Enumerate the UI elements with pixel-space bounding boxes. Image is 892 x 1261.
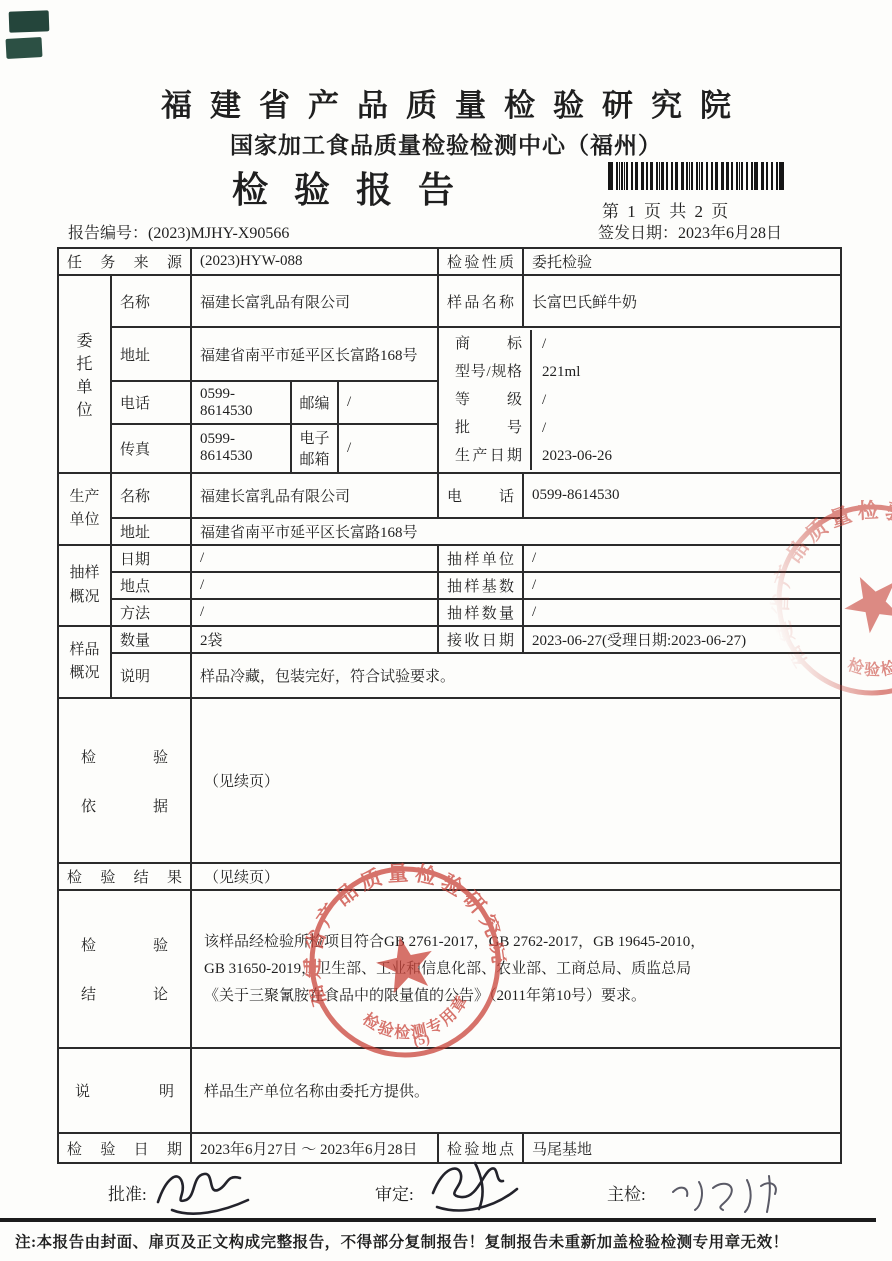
review-label: 审定:: [375, 1180, 414, 1205]
zip-label: 邮编: [291, 381, 338, 424]
sample-note-value: 样品冷藏，包装完好，符合试验要求。: [191, 653, 841, 698]
sample-name-label: 样品名称: [438, 275, 523, 327]
seal-bottom-text: 检验检测专用章: [839, 607, 892, 698]
fax-label: 传真: [111, 424, 191, 473]
client-char: 位: [76, 397, 92, 420]
conclusion-label: 检验 结论: [58, 890, 191, 1048]
qty-value: 2袋: [191, 626, 438, 653]
conclusion-value: 该样品经检验所检项目符合GB 2761-2017，GB 2762-2017，GB…: [191, 890, 841, 1048]
table-row: 抽样 概况 日期 / 抽样单位 /: [58, 545, 841, 572]
sampling-base-label: 抽样基数: [438, 572, 523, 599]
sample-label-line: 概况: [67, 662, 102, 685]
basis-value: （见续页）: [191, 698, 841, 863]
producer-tel-label: 电话: [438, 473, 523, 518]
sample-group-label: 样品 概况: [58, 626, 111, 698]
prod-date-label: 生产日期: [447, 442, 532, 470]
client-group-label: 委 托 单 位: [58, 275, 111, 473]
test-date-value: 2023年6月27日 ～ 2023年6月28日: [191, 1133, 438, 1163]
basis-label-line: 依据: [81, 795, 168, 816]
producer-group-label: 生产 单位: [58, 473, 111, 545]
client-char: 单: [76, 374, 92, 397]
table-row: 任务来源 (2023)HYW-088 检验性质 委托检验: [58, 248, 841, 275]
task-source-value: (2023)HYW-088: [191, 248, 438, 275]
report-number: 报告编号：(2023)MJHY-X90566: [68, 220, 289, 243]
report-table: 任务来源 (2023)HYW-088 检验性质 委托检验 委 托 单 位 名称 …: [57, 247, 842, 1164]
producer-name-label: 名称: [111, 473, 191, 518]
sampling-group-label: 抽样 概况: [58, 545, 111, 626]
conclusion-line: 《关于三聚氰胺在食品中的限量值的公告》（2011年第10号）要求。: [204, 983, 832, 1010]
footer-note: 注:本报告由封面、扉页及正文构成完整报告，不得部分复制报告！复制报告未重新加盖检…: [15, 1230, 789, 1252]
sampling-qty-value: /: [523, 599, 841, 626]
report-page: 福建省产品质量检验研究院 国家加工食品质量检验检测中心（福州） 检验报告 第 1…: [0, 0, 892, 1261]
table-row: 样品 概况 数量 2袋 接收日期 2023-06-27(受理日期:2023-06…: [58, 626, 841, 653]
result-label: 检验结果: [58, 863, 191, 890]
sampling-date-label: 日期: [111, 545, 191, 572]
report-number-label: 报告编号：: [68, 225, 148, 242]
issue-date: 签发日期：2023年6月28日: [598, 220, 782, 243]
sample-name-value: 长富巴氏鲜牛奶: [523, 275, 841, 327]
grade-label: 等级: [447, 386, 532, 414]
email-label: 电子邮箱: [291, 424, 338, 473]
org-title: 福建省产品质量检验研究院: [0, 80, 892, 125]
grade-value: /: [532, 386, 832, 414]
producer-tel-value: 0599-8614530: [523, 473, 841, 518]
test-date-label: 检验日期: [58, 1133, 191, 1163]
sampling-org-value: /: [523, 545, 841, 572]
sampling-method-value: /: [191, 599, 438, 626]
svg-text:检验检测专用章: 检验检测专用章: [839, 607, 892, 698]
table-row: 说明 样品生产单位名称由委托方提供。: [58, 1048, 841, 1133]
phone-label: 电话: [111, 381, 191, 424]
batch-label: 批号: [447, 414, 532, 442]
approve-signature: [152, 1160, 262, 1218]
producer-label-line: 单位: [67, 509, 102, 532]
receive-date-value: 2023-06-27(受理日期:2023-06-27): [523, 626, 841, 653]
approve-label: 批准:: [108, 1180, 147, 1205]
model-value: 221ml: [532, 358, 832, 386]
email-value: /: [338, 424, 438, 473]
sampling-label-line: 抽样: [67, 562, 102, 585]
trademark-value: /: [532, 330, 832, 358]
sampling-site-value: /: [191, 572, 438, 599]
sampling-site-label: 地点: [111, 572, 191, 599]
remark-value: 样品生产单位名称由委托方提供。: [191, 1048, 841, 1133]
table-row: 检验结果 （见续页）: [58, 863, 841, 890]
producer-addr-label: 地址: [111, 518, 191, 545]
page-number: 第 1 页 共 2 页: [602, 197, 730, 222]
table-row: 地址 福建省南平市延平区长富路168号: [58, 518, 841, 545]
client-name-value: 福建长富乳品有限公司: [191, 275, 438, 327]
table-row: 检验 结论 该样品经检验所检项目符合GB 2761-2017，GB 2762-2…: [58, 890, 841, 1048]
producer-addr-value: 福建省南平市延平区长富路168号: [191, 518, 841, 545]
footer-divider: [0, 1218, 876, 1222]
remark-label: 说明: [58, 1048, 191, 1133]
sample-label-line: 样品: [67, 639, 102, 662]
sampling-qty-label: 抽样数量: [438, 599, 523, 626]
client-name-label: 名称: [111, 275, 191, 327]
phone-value: 0599-8614530: [191, 381, 291, 424]
producer-name-value: 福建长富乳品有限公司: [191, 473, 438, 518]
basis-label: 检验 依据: [58, 698, 191, 863]
result-value: （见续页）: [191, 863, 841, 890]
nature-label: 检验性质: [438, 248, 523, 275]
table-row: 地址 福建省南平市延平区长富路168号 商标 / 型号/规格 221ml 等级 …: [58, 327, 841, 381]
trademark-label: 商标: [447, 330, 532, 358]
issue-date-value: 2023年6月28日: [678, 225, 782, 242]
sampling-label-line: 概况: [67, 586, 102, 609]
model-label: 型号/规格: [447, 358, 532, 386]
issue-date-label: 签发日期：: [598, 225, 678, 242]
table-row: 委 托 单 位 名称 福建长富乳品有限公司 样品名称 长富巴氏鲜牛奶: [58, 275, 841, 327]
conclusion-line: GB 31650-2019，卫生部、工业和信息化部、农业部、工商总局、质监总局: [204, 956, 832, 983]
report-number-value: (2023)MJHY-X90566: [148, 225, 289, 242]
sampling-method-label: 方法: [111, 599, 191, 626]
seal-star: [835, 564, 892, 639]
fax-value: 0599-8614530: [191, 424, 291, 473]
basis-label-line: 检验: [81, 746, 168, 767]
sample-attr-cell: 商标 / 型号/规格 221ml 等级 / 批号 / 生产日期 2023-06-…: [438, 327, 841, 473]
test-site-value: 马尾基地: [523, 1133, 841, 1163]
client-char: 委: [76, 328, 92, 351]
task-source-label: 任务来源: [58, 248, 191, 275]
table-row: 检验 依据 （见续页）: [58, 698, 841, 863]
scan-artifact-mark: [6, 37, 43, 59]
chief-signature: [665, 1162, 795, 1217]
prod-date-value: 2023-06-26: [532, 442, 832, 470]
conclusion-label-line: 检验: [81, 934, 168, 955]
table-row: 生产 单位 名称 福建长富乳品有限公司 电话 0599-8614530: [58, 473, 841, 518]
qty-label: 数量: [111, 626, 191, 653]
center-title: 国家加工食品质量检验检测中心（福州）: [0, 127, 892, 160]
zip-value: /: [338, 381, 438, 424]
client-addr-value: 福建省南平市延平区长富路168号: [191, 327, 438, 381]
producer-label-line: 生产: [67, 486, 102, 509]
table-row: 方法 / 抽样数量 /: [58, 599, 841, 626]
receive-date-label: 接收日期: [438, 626, 523, 653]
batch-value: /: [532, 414, 832, 442]
table-row: 地点 / 抽样基数 /: [58, 572, 841, 599]
conclusion-label-line: 结论: [81, 983, 168, 1004]
doc-title: 检验报告: [0, 162, 686, 213]
chief-label: 主检:: [607, 1180, 646, 1205]
sampling-org-label: 抽样单位: [438, 545, 523, 572]
table-row: 说明 样品冷藏，包装完好，符合试验要求。: [58, 653, 841, 698]
conclusion-line: 该样品经检验所检项目符合GB 2761-2017，GB 2762-2017，GB…: [204, 929, 832, 956]
sample-note-label: 说明: [111, 653, 191, 698]
client-addr-label: 地址: [111, 327, 191, 381]
sampling-base-value: /: [523, 572, 841, 599]
review-signature: [425, 1155, 530, 1217]
barcode: [608, 162, 784, 190]
client-char: 托: [76, 351, 92, 374]
sampling-date-value: /: [191, 545, 438, 572]
scan-artifact-mark: [9, 10, 50, 32]
nature-value: 委托检验: [523, 248, 841, 275]
